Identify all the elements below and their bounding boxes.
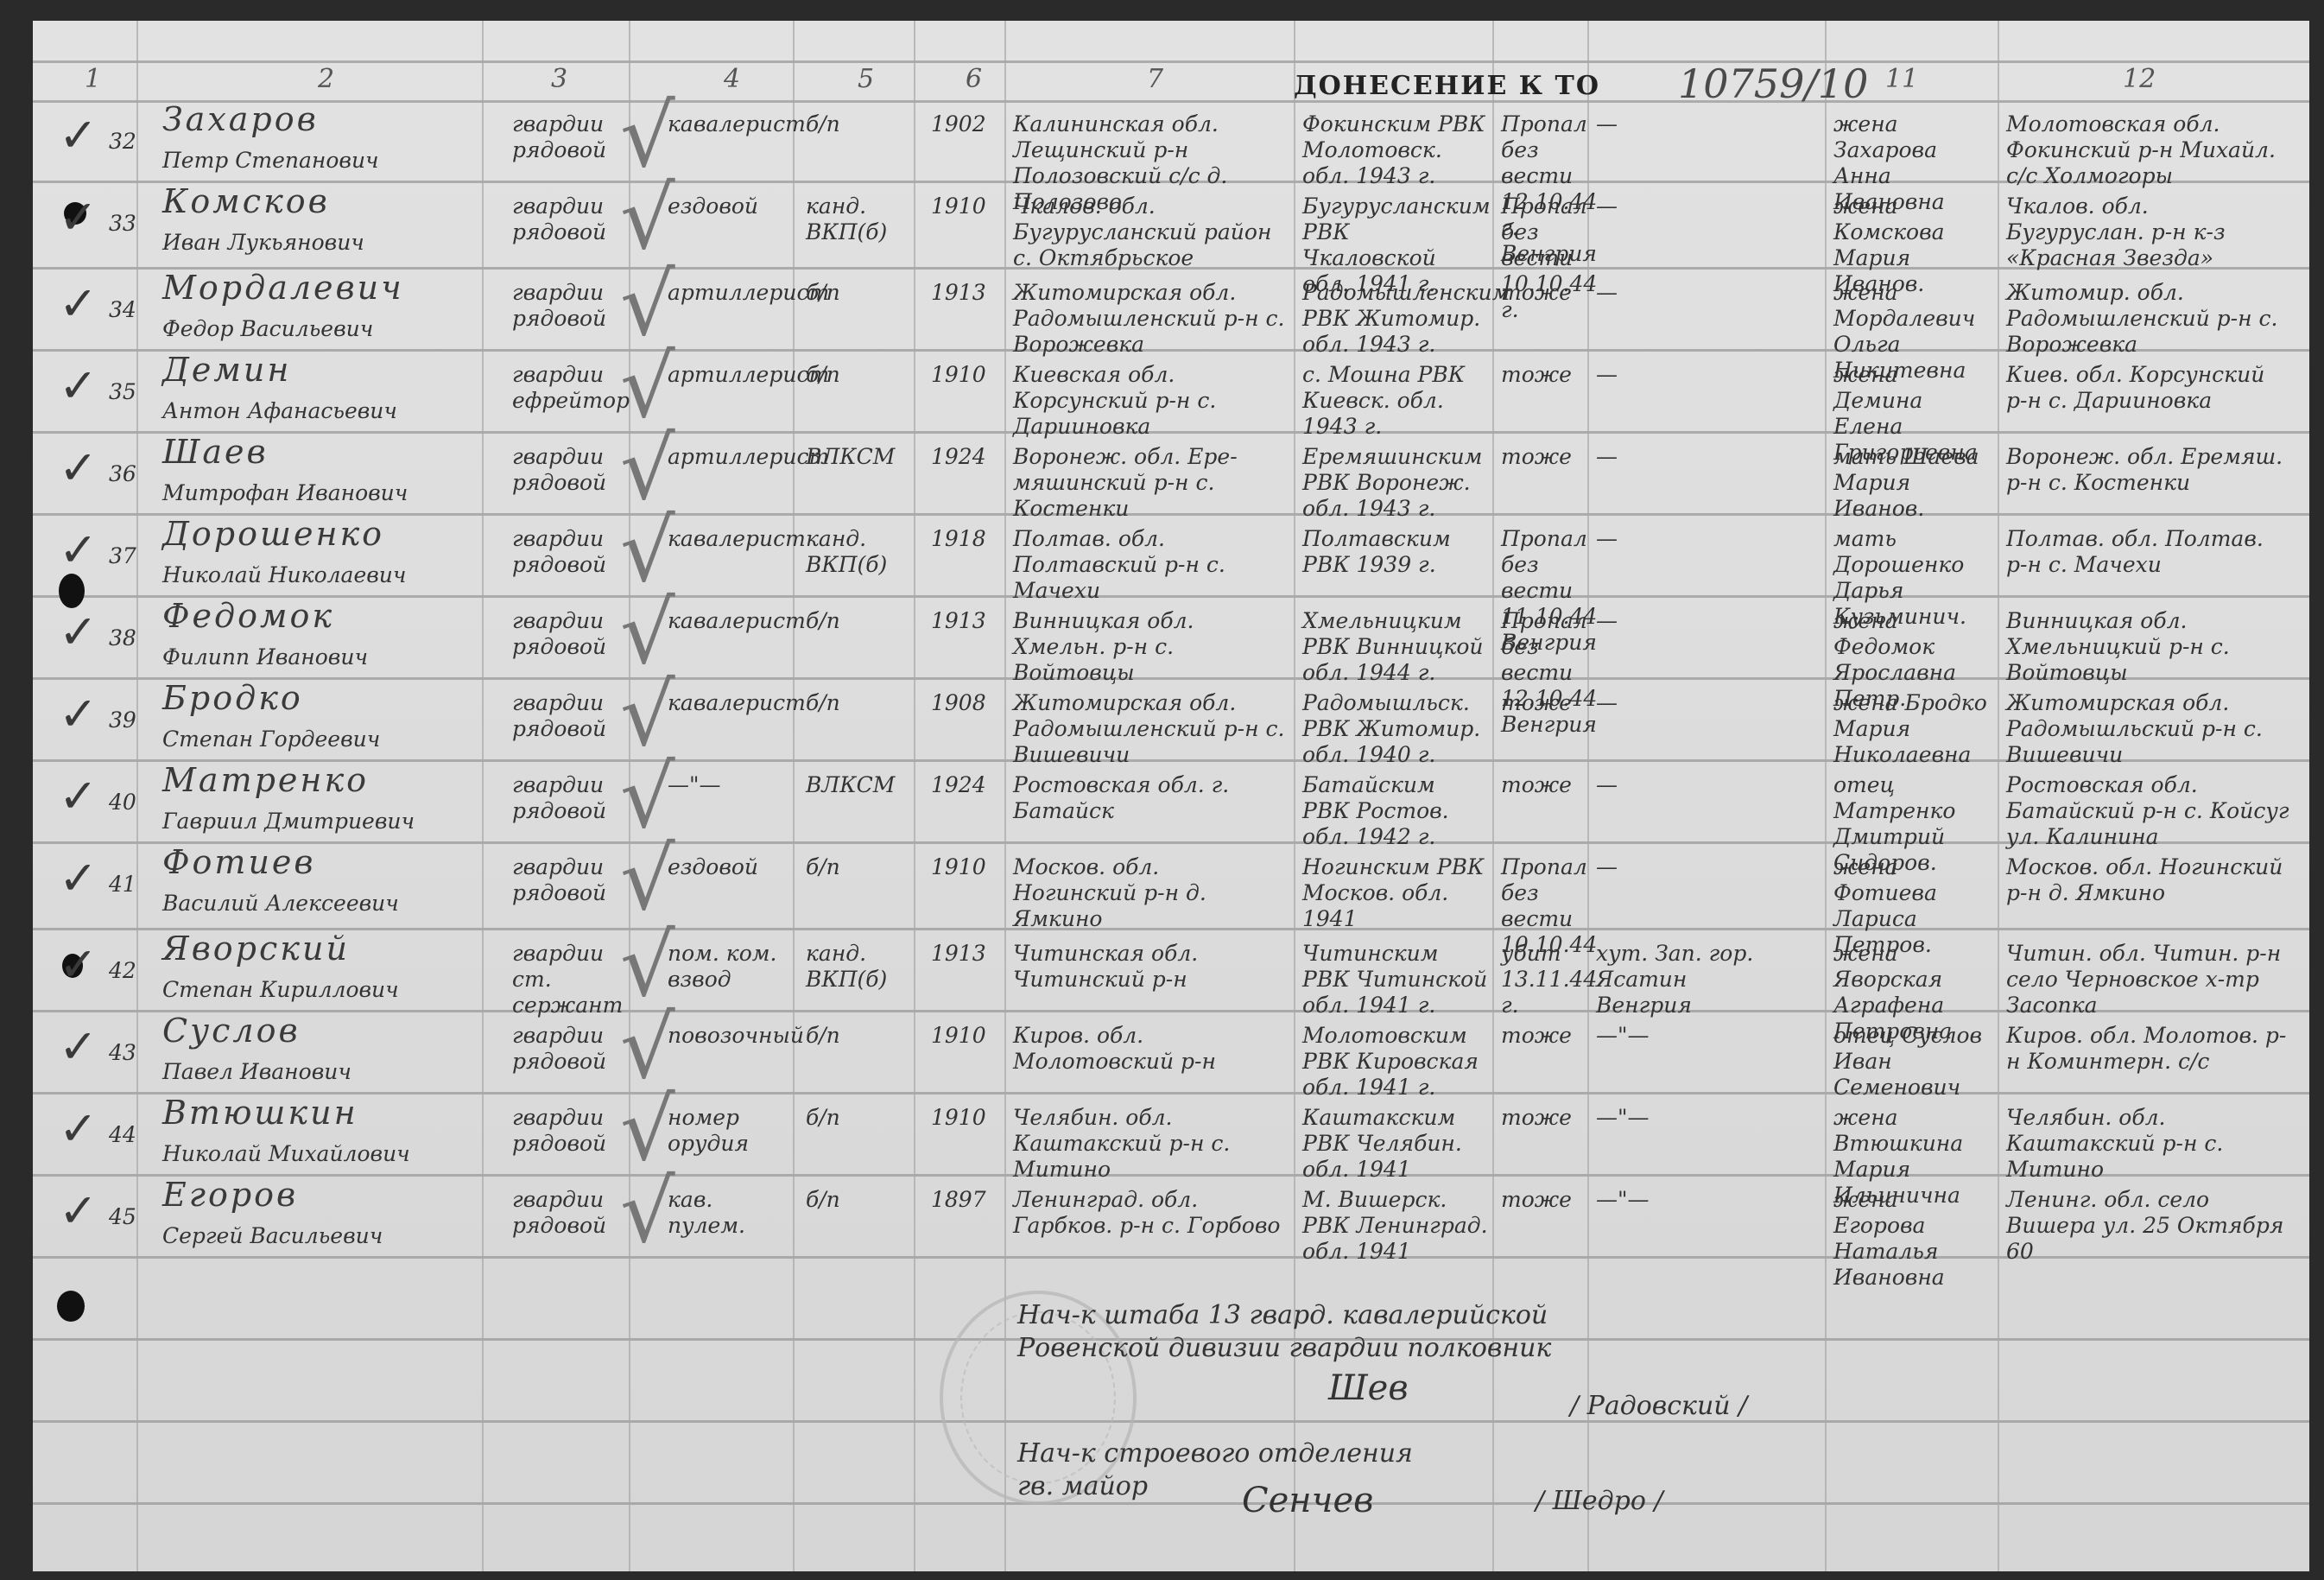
cell-surname: Мордалевич [162,275,473,301]
cell-birth-year: 1910 [931,1023,1000,1049]
table-row: ✓√39БродкоСтепан Гордеевичгвардии рядово… [33,682,2309,761]
table-row: ✓√43СусловПавел Ивановичгвардии рядовойп… [33,1014,2309,1094]
cell-surname: Демин [162,357,473,383]
cell-rank: гвардии ефрейтор [512,362,624,414]
cell-relative-address: Молотовская обл. Фокинский р-н Михайл. с… [2006,111,2291,189]
cell-given: Федор Васильевич [162,316,473,342]
cell-given: Петр Степанович [162,148,473,174]
cell-relative-address: Ленинг. обл. село Вишера ул. 25 Октября … [2006,1187,2291,1265]
check-mark-icon: ✓ [59,769,98,823]
cell-given: Иван Лукьянович [162,230,473,256]
cell-given: Павел Иванович [162,1059,473,1085]
cell-relative: жена Егорова Наталья Ивановна [1833,1187,1993,1291]
cell-birthplace: Ленинград. обл. Гарбков. р-н с. Горбово [1013,1187,1289,1239]
cell-relative-address: Полтав. обл. Полтав. р-н с. Мачехи [2006,526,2291,578]
cell-surname: Захаров [162,106,473,132]
cell-surname: Федомок [162,603,473,629]
check-mark-icon: ✓ [59,937,98,992]
check-mark-icon: ✓ [59,523,98,577]
cell-surname: Втюшкин [162,1100,473,1126]
cell-rank: гвардии рядовой [512,194,624,245]
table-row: ✓√35ДеминАнтон Афанасьевичгвардии ефрейт… [33,353,2309,433]
cell-drafted-by: с. Мошна РВК Киевск. обл. 1943 г. [1302,362,1488,440]
table-row: ✓√44ВтюшкинНиколай Михайловичгвардии ряд… [33,1096,2309,1176]
cell-party: б/п [806,280,901,306]
chief-of-staff-title: Нач-к штаба 13 гвард. кавалерийской Рове… [1017,1299,1639,1365]
cell-burial: — [1596,111,1760,137]
cell-rank: гвардии рядовой [512,111,624,163]
cell-birthplace: Воронеж. обл. Ере-мяшинский р-н с. Косте… [1013,444,1289,522]
cell-position: пом. ком. взвод [668,941,788,993]
cell-party: б/п [806,111,901,137]
cell-rank: гвардии рядовой [512,608,624,660]
cell-position: кав. пулем. [668,1187,788,1239]
chief-name: / Радовский / [1570,1390,1747,1423]
cell-status: тоже [1501,772,1587,798]
cell-birth-year: 1924 [931,772,1000,798]
column-number: 7 [1147,64,1163,94]
column-number: 5 [858,64,874,94]
chief-signature: Шев [1328,1368,1409,1408]
column-number: 6 [966,64,982,94]
cell-position: ездовой [668,854,788,880]
cell-relative-address: Винницкая обл. Хмельницкий р-н с. Войтов… [2006,608,2291,686]
cell-burial: хут. Зап. гор. Ясатин Венгрия [1596,941,1760,1018]
table-row: ✓√33КомсковИван Лукьяновичгвардии рядово… [33,185,2309,264]
cell-position: повозочный [668,1023,788,1049]
check-mark-icon: ✓ [59,687,98,741]
cell-rank: гвардии рядовой [512,1187,624,1239]
cell-burial: —"— [1596,1023,1760,1049]
cell-rank: гвардии ст. сержант [512,941,624,1018]
check-mark-icon: ✓ [59,359,98,413]
cell-birth-year: 1918 [931,526,1000,552]
cell-drafted-by: Каштакским РВК Челябин. обл. 1941 [1302,1105,1488,1183]
cell-given: Василий Алексеевич [162,891,473,917]
cell-drafted-by: Радомышленским РВК Житомир. обл. 1943 г. [1302,280,1488,358]
cell-rank: гвардии рядовой [512,280,624,332]
cell-rank: гвардии рядовой [512,444,624,496]
table-row: ✓√41ФотиевВасилий Алексеевичгвардии рядо… [33,846,2309,925]
cell-status: тоже [1501,1187,1587,1213]
cell-drafted-by: Молотовским РВК Кировская обл. 1941 г. [1302,1023,1488,1101]
cell-given: Митрофан Иванович [162,480,473,506]
cell-birthplace: Житомирская обл. Радомышленский р-н с. В… [1013,690,1289,768]
cell-surname: Егоров [162,1182,473,1208]
cell-party: б/п [806,362,901,388]
cell-status: тоже [1501,1105,1587,1131]
cell-birth-year: 1902 [931,111,1000,137]
cell-party: канд. ВКП(б) [806,941,901,993]
cell-birthplace: Полтав. обл. Полтавский р-н с. Мачехи [1013,526,1289,604]
cell-drafted-by: Хмельницким РВК Винницкой обл. 1944 г. [1302,608,1488,686]
cell-party: б/п [806,690,901,716]
cell-given: Степан Гордеевич [162,727,473,752]
column-number: 11 [1885,64,1918,94]
cell-rank: гвардии рядовой [512,526,624,578]
punch-hole [57,1291,85,1322]
cell-relative-address: Воронеж. обл. Еремяш. р-н с. Костенки [2006,444,2291,496]
cell-party: б/п [806,1105,901,1131]
cell-given: Гавриил Дмитриевич [162,809,473,834]
cell-birth-year: 1913 [931,280,1000,306]
cell-drafted-by: Радомышльск. РВК Житомир. обл. 1940 г. [1302,690,1488,768]
cell-given: Николай Николаевич [162,562,473,588]
cell-birthplace: Винницкая обл. Хмельн. р-н с. Войтовцы [1013,608,1289,686]
cell-relative-address: Киев. обл. Корсунский р-н с. Дарииновка [2006,362,2291,414]
dept-signature: Сенчев [1242,1481,1373,1520]
cell-relative-address: Житомир. обл. Радомышленский р-н с. Воро… [2006,280,2291,358]
table-row: ✓√36ШаевМитрофан Ивановичгвардии рядовой… [33,435,2309,515]
cell-birthplace: Челябин. обл. Каштакский р-н с. Митино [1013,1105,1289,1183]
check-mark-icon: ✓ [59,276,98,331]
cell-birthplace: Житомирская обл. Радомышленский р-н с. В… [1013,280,1289,358]
cell-birth-year: 1897 [931,1187,1000,1213]
rule [33,1420,2309,1423]
cell-relative-address: Читин. обл. Читин. р-н село Черновское х… [2006,941,2291,1018]
cell-birth-year: 1910 [931,194,1000,219]
cell-burial: —"— [1596,1105,1760,1131]
cell-drafted-by: Фокинским РВК Молотовск. обл. 1943 г. [1302,111,1488,189]
cell-surname: Фотиев [162,849,473,875]
cell-status: тоже [1501,280,1587,306]
check-mark-icon: ✓ [59,1019,98,1074]
check-mark-icon: ✓ [59,851,98,905]
check-mark-icon: ✓ [59,108,98,162]
cell-position: номер орудия [668,1105,788,1157]
cell-birth-year: 1910 [931,854,1000,880]
cell-position: кавалерист [668,526,788,552]
cell-party: канд. ВКП(б) [806,194,901,245]
table-row: ✓√32ЗахаровПетр Степановичгвардии рядово… [33,103,2309,182]
cell-drafted-by: Полтавским РВК 1939 г. [1302,526,1488,578]
cell-relative-address: Киров. обл. Молотов. р-н Коминтерн. с/с [2006,1023,2291,1075]
cell-status: тоже [1501,690,1587,716]
document-sheet: 1 2 3 4 5 6 7 11 12 ДОНЕСЕНИЕ К ТО 10759… [33,21,2309,1571]
column-number: 12 [2123,64,2156,94]
check-mark-icon: ✓ [59,1101,98,1156]
cell-status: тоже [1501,1023,1587,1049]
cell-birthplace: Ростовская обл. г. Батайск [1013,772,1289,824]
cell-party: б/п [806,608,901,634]
table-row: ✓√40МатренкоГавриил Дмитриевичгвардии ря… [33,764,2309,843]
cell-rank: гвардии рядовой [512,854,624,906]
cell-drafted-by: М. Вишерск. РВК Ленинград. обл. 1941 [1302,1187,1488,1265]
cell-position: артиллерист [668,444,788,470]
cell-surname: Матренко [162,767,473,793]
archive-number: 10759/10 [1678,60,1868,107]
cell-position: кавалерист [668,111,788,137]
table-row: ✓√38ФедомокФилипп Ивановичгвардии рядово… [33,600,2309,679]
cell-burial: — [1596,280,1760,306]
cell-burial: — [1596,854,1760,880]
cell-surname: Дорошенко [162,521,473,547]
cell-birthplace: Киров. обл. Молотовский р-н [1013,1023,1289,1075]
cell-party: б/п [806,1023,901,1049]
cell-relative-address: Ростовская обл. Батайский р-н с. Койсуг … [2006,772,2291,850]
cell-burial: — [1596,444,1760,470]
cell-rank: гвардии рядовой [512,1023,624,1075]
cell-party: б/п [806,1187,901,1213]
cell-burial: — [1596,194,1760,219]
cell-birthplace: Чкалов. обл. Бугурусланский район с. Окт… [1013,194,1289,271]
cell-party: б/п [806,854,901,880]
cell-surname: Комсков [162,188,473,214]
cell-party: ВЛКСМ [806,444,901,470]
column-number: 4 [724,64,740,94]
cell-surname: Суслов [162,1018,473,1044]
rule [33,60,2309,63]
cell-given: Сергей Васильевич [162,1223,473,1249]
cell-relative: отец Суслов Иван Семенович [1833,1023,1993,1101]
cell-position: ездовой [668,194,788,219]
cell-surname: Шаев [162,439,473,465]
cell-birth-year: 1913 [931,608,1000,634]
cell-position: артиллерист [668,280,788,306]
cell-given: Степан Кириллович [162,977,473,1003]
cell-status: убит 13.11.44 г. [1501,941,1587,1018]
cell-party: ВЛКСМ [806,772,901,798]
cell-burial: — [1596,772,1760,798]
cell-birthplace: Киевская обл. Корсунский р-н с. Дариинов… [1013,362,1289,440]
cell-birth-year: 1924 [931,444,1000,470]
check-mark-icon: ✓ [59,190,98,244]
cell-birth-year: 1910 [931,1105,1000,1131]
cell-burial: — [1596,362,1760,388]
cell-drafted-by: Ногинским РВК Москов. обл. 1941 [1302,854,1488,932]
check-mark-icon: ✓ [59,441,98,495]
column-number: 2 [318,64,334,94]
cell-birth-year: 1908 [931,690,1000,716]
dept-name: / Шедро / [1536,1485,1663,1518]
cell-birthplace: Читинская обл. Читинский р-н [1013,941,1289,993]
cell-position: артиллерист [668,362,788,388]
table-row: ✓√45ЕгоровСергей Васильевичгвардии рядов… [33,1178,2309,1258]
cell-status: тоже [1501,362,1587,388]
cell-given: Антон Афанасьевич [162,398,473,424]
cell-birthplace: Москов. обл. Ногинский р-н д. Ямкино [1013,854,1289,932]
cell-given: Филипп Иванович [162,644,473,670]
cell-position: кавалерист [668,608,788,634]
column-number: 1 [85,64,101,94]
cell-rank: гвардии рядовой [512,690,624,742]
cell-position: —"— [668,772,788,798]
cell-burial: —"— [1596,1187,1760,1213]
cell-surname: Бродко [162,685,473,711]
check-mark-icon: ✓ [59,1183,98,1238]
cell-position: кавалерист [668,690,788,716]
cell-relative-address: Москов. обл. Ногинский р-н д. Ямкино [2006,854,2291,906]
cell-drafted-by: Батайским РВК Ростов. обл. 1942 г. [1302,772,1488,850]
column-number: 3 [551,64,567,94]
cell-relative: мать Шаева Мария Иванов. [1833,444,1993,522]
cell-burial: — [1596,526,1760,552]
table-row: ✓√42ЯворскийСтепан Кирилловичгвардии ст.… [33,932,2309,1012]
cell-status: тоже [1501,444,1587,470]
cell-surname: Яворский [162,936,473,961]
cell-burial: — [1596,608,1760,634]
cell-drafted-by: Читинским РВК Читинской обл. 1941 г. [1302,941,1488,1018]
cell-drafted-by: Еремяшинским РВК Воронеж. обл. 1943 г. [1302,444,1488,522]
header-stamp: ДОНЕСЕНИЕ К ТО [1294,71,1600,101]
cell-relative-address: Челябин. обл. Каштакский р-н с. Митино [2006,1105,2291,1183]
cell-relative-address: Житомирская обл. Радомышльский р-н с. Ви… [2006,690,2291,768]
cell-relative-address: Чкалов. обл. Бугуруслан. р-н к-з «Красна… [2006,194,2291,271]
cell-birth-year: 1910 [931,362,1000,388]
cell-party: канд. ВКП(б) [806,526,901,578]
cell-rank: гвардии рядовой [512,1105,624,1157]
cell-relative: жена Бродко Мария Николаевна [1833,690,1993,768]
cell-birth-year: 1913 [931,941,1000,967]
table-row: ✓√34МордалевичФедор Васильевичгвардии ря… [33,271,2309,351]
check-mark-icon: ✓ [59,605,98,659]
table-row: ✓√37ДорошенкоНиколай Николаевичгвардии р… [33,517,2309,597]
cell-given: Николай Михайлович [162,1141,473,1167]
cell-burial: — [1596,690,1760,716]
cell-rank: гвардии рядовой [512,772,624,824]
